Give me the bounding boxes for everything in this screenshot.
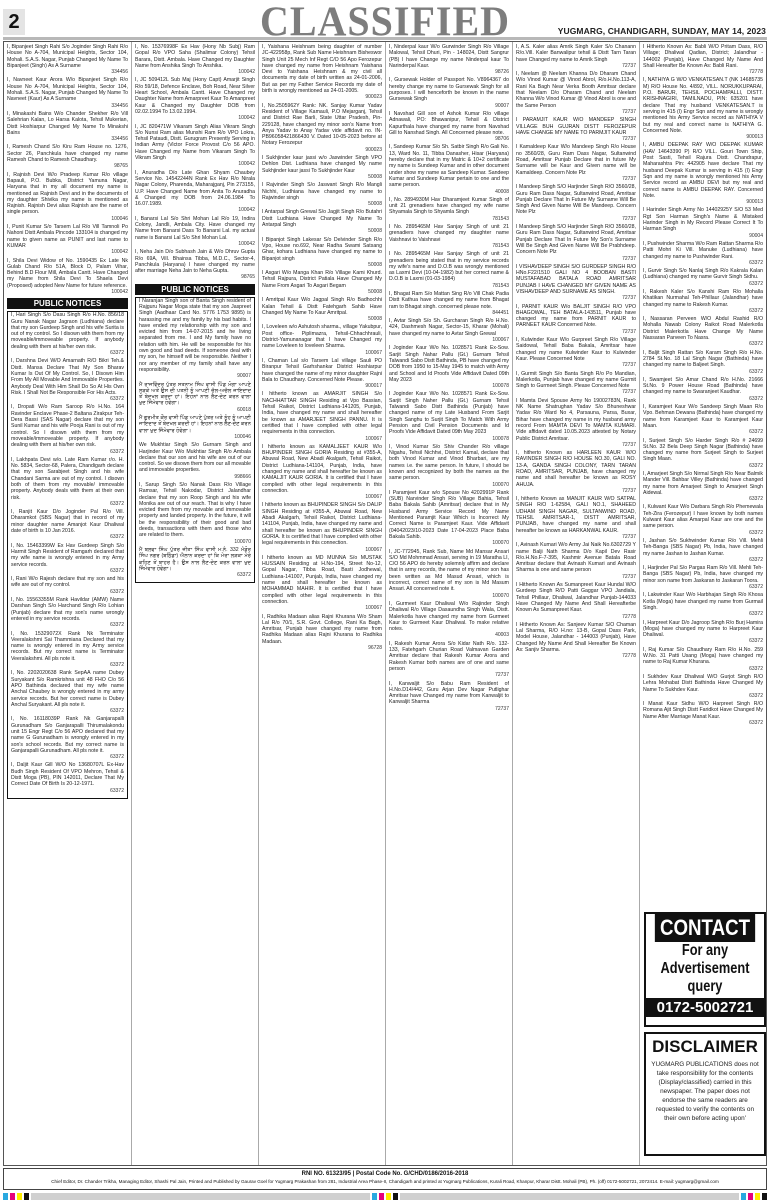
ad-code: 90004 xyxy=(643,233,763,239)
classified-ad: I, PARNIT KAUR W/o BALJIT SINGH R/O VPO … xyxy=(516,304,636,335)
classified-ad: I, hitherto Known as MANJIT KAUR W/O SAT… xyxy=(516,496,636,540)
classified-ad: I Rajvinder Singh S/o Jaswant Singh R/o … xyxy=(262,182,382,207)
classified-ad: I, Rakesh Kaler S/o Kanshi Ram R/o Mohal… xyxy=(643,289,763,314)
ad-text: I, Baljit Singh Rattan S/o Karam Singh R… xyxy=(643,350,763,369)
ad-code: 72737 xyxy=(516,216,636,222)
ad-code: 100067 xyxy=(389,337,509,343)
classified-ad: I, Chaman Lal s/o Tarsem Lal village Sau… xyxy=(262,358,382,389)
classified-ad: I Naranjan Singh son of Banta Singh resi… xyxy=(139,298,251,380)
classified-ad: I, Gurmeet Kaur Dhaliwal W/o Rajinder Si… xyxy=(389,601,509,639)
ad-code: 63372 xyxy=(11,396,124,402)
classified-ad: I Sukhdev Kaur Dhaliwal W/O Gurjot Singh… xyxy=(643,674,763,699)
classified-ad: I Amritpal Kaur W/o Jagpal Singh R/o Bad… xyxy=(262,297,382,322)
black-swatch xyxy=(24,1193,29,1200)
classified-ad: I, Raj Kumar S/o Chaudhary Ram R/o H.No.… xyxy=(643,647,763,672)
ad-text: I, No. 16118039P Rank Nk Ganjarapalli Gu… xyxy=(11,716,124,753)
ad-text: I, Raj Kumar S/o Chaudhary Ram R/o H.No.… xyxy=(643,647,763,666)
ad-code: 100046 xyxy=(139,434,251,440)
classified-ad: I, Kulwinder Kaur W/o Gurpreet Singh R/o… xyxy=(516,337,636,368)
ad-code: 100042 xyxy=(135,161,255,167)
ad-text: I, Punit Kumar S/o Tarsem Lal R/o Vill T… xyxy=(7,224,128,249)
classified-ad: I, Baljit Singh Rattan S/o Karam Singh R… xyxy=(643,350,763,375)
classified-ad: I, JC 820471W Vikaram Singh Alias Vikram… xyxy=(135,124,255,168)
ad-text: I No. 2895465M Hav Sanjay Singh of unit … xyxy=(389,251,509,282)
ad-code: 100070 xyxy=(389,593,509,599)
classified-ad: I, Shila Devi Widow of No. 1590435 Ex La… xyxy=(7,258,128,296)
ad-code: 72737 xyxy=(516,574,636,580)
classified-ad: I Sukhjinder kaur jassi w/o Jaswinder Si… xyxy=(262,155,382,180)
ad-text: I, Chaman Lal s/o Tarsem Lal village Sau… xyxy=(262,358,382,383)
ad-code: 100067 xyxy=(262,436,382,442)
classified-ad: I, No. 15563355M Rank Havildar (AMW) Nam… xyxy=(11,597,124,628)
ad-text: I Antarpal Singh Grewal S/o Jagjit Singh… xyxy=(262,209,382,228)
public-notices-box: I, Hari Singh S/o Dasu Singh R/o H.No. 8… xyxy=(7,311,128,799)
ad-text: I, NATHIYA G W/O VENKATESAN.T (NK 146857… xyxy=(643,77,763,133)
ad-text: I Sukhdev Kaur Dhaliwal W/O Gurjot Singh… xyxy=(643,674,763,693)
ad-text: I, A.S. Kaler alias Amrik Singh Kaler S/… xyxy=(516,44,636,63)
ad-text: I, Gurmeet Kaur Dhaliwal W/o Rajinder Si… xyxy=(389,601,509,632)
ad-code: 100067 xyxy=(262,494,382,500)
ad-code: 63372 xyxy=(11,350,124,356)
classified-ad: I, Avtar Singh S/o Sh. Gurcharan Singh R… xyxy=(389,318,509,343)
classified-ad: I Mandeep Singh S/O Harjinder Singh R/O … xyxy=(516,224,636,262)
ad-code: 900023 xyxy=(262,147,382,153)
classified-ad: I, Gurmit Singh S/o Banta Singh R/o Po M… xyxy=(516,371,636,396)
classified-ad: I Kamaldeep Kaur W/o Mandeep Singh R/o H… xyxy=(516,144,636,182)
classified-ad: I Manat Kaur Sidhu W/O Harpreet Singh R/… xyxy=(643,701,763,726)
ad-text: I, Darshna Devi W/O Amarnath R/O Bikri T… xyxy=(11,358,124,395)
ad-code: 90007 xyxy=(139,373,251,379)
classified-ad: I, Vinod Kumar S/o Shiv Chander R/o vill… xyxy=(389,444,509,488)
ad-code: 63372 xyxy=(643,260,763,266)
classified-ad: ਮੈਂ ਬਲਵਾ ਸਿੰਘ ਪੁੱਤਰ ਜੀਤਾ ਸਿੰਘ ਵਾਸੀ ਮ.ਨੰ.… xyxy=(139,547,251,578)
ad-text: I, Ramesh Chand S/o Kiru Ram House no. 1… xyxy=(7,144,128,163)
ad-code: 63372 xyxy=(643,429,763,435)
ad-text: I hitherto known as AMARJIT SINGH S/o NA… xyxy=(262,391,382,435)
ad-code: 100070 xyxy=(139,539,251,545)
classified-ad: I, Sandeep Kumar S/o Sh. Satbir Singh R/… xyxy=(389,144,509,194)
classified-ad: We Mukhtiar Singh S/o Gurnam Singh and H… xyxy=(139,442,251,480)
yellow-swatch xyxy=(17,1193,22,1200)
ad-code: 50008 xyxy=(262,316,382,322)
ad-code: 63372 xyxy=(11,754,124,760)
classified-ad: I, Sarup Singh S/o Nanak Dass R/o Villag… xyxy=(139,482,251,545)
ad-text: I hitherto known as MD MUNNA S/o MUSTAK … xyxy=(262,555,382,605)
column-3: I, Yaishana Heishnam being daughter of n… xyxy=(258,42,385,1165)
ad-text: I, Kanwaljit S/o Babu Ram Resident of H.… xyxy=(389,681,509,706)
column-5: I, A.S. Kaler alias Amrik Singh Kaler S/… xyxy=(512,42,639,1165)
ad-code: 50008 xyxy=(262,201,382,207)
ad-text: ਮੈਂ ਬਲਵਾ ਸਿੰਘ ਪੁੱਤਰ ਜੀਤਾ ਸਿੰਘ ਵਾਸੀ ਮ.ਨੰ.… xyxy=(139,547,251,572)
ad-text: I Harinder Singh Army No 14402925Y S/O 5… xyxy=(643,207,763,232)
classified-ad: I, JC-772945, Rank Sub, Name Md Mansar A… xyxy=(389,549,509,599)
classified-ad: I, Lakwinder Kaur W/o Harbhajan Singh R/… xyxy=(643,592,763,617)
ad-text: ਮੈਂ ਗੁਰਮੀਤ ਕੌਰ ਵਾਸੀ ਪਿੰਡ ਆਪਣੇ ਪੁੱਤਰ ਅਤੇ … xyxy=(139,415,251,434)
ad-code: 100067 xyxy=(262,547,382,553)
ad-code: 50008 xyxy=(262,262,382,268)
ad-code: 63372 xyxy=(11,534,124,540)
ad-code: 63372 xyxy=(643,530,763,536)
public-notices-box: I Naranjan Singh son of Banta Singh resi… xyxy=(135,297,255,584)
contact-heading: CONTACT xyxy=(655,914,755,942)
contact-phone: 0172-5002721 xyxy=(646,998,764,1017)
ad-text: I Joginder Kaur W/o No. 1028571 Rank Ex-… xyxy=(389,345,509,382)
registration-colorbar xyxy=(3,1193,767,1200)
classified-ad: I, Yaishana Heishnam being daughter of n… xyxy=(262,44,382,101)
yellow-swatch xyxy=(386,1193,391,1200)
classified-ad: I, Avinash Kumari W/o Army Jai Naik No.6… xyxy=(516,542,636,580)
ad-code: 72737 xyxy=(516,329,636,335)
ad-text: I, Minakashi Bains W/o Chander Shekher R… xyxy=(7,111,128,136)
ad-text: I, Hari Singh S/o Dasu Singh R/o H.No. 8… xyxy=(11,312,124,349)
cyan-swatch xyxy=(3,1193,8,1200)
ad-text: I, No. 15376998F Ex Hav (Hony Nb Subj) R… xyxy=(135,44,255,69)
ad-code: 100042 xyxy=(135,241,255,247)
classified-ad: I VISHAVDEEP SINGH S/O GURDEEP SINGH R/O… xyxy=(516,264,636,302)
classified-ad: I, Amarjeet Singh S/o Nirmal Singh R/o N… xyxy=(643,471,763,502)
classified-ad: I Mamta Devi Spouse Army No 19002783N, R… xyxy=(516,398,636,448)
ad-text: I, Neelam @ Neelam Khanna D/o Dharam Cha… xyxy=(516,71,636,108)
classified-ad: I, Rani W/o Rajesh declare that my son a… xyxy=(11,576,124,595)
classified-ad: I, No. 15463399W Ex Hav Gurdeep Singh S/… xyxy=(11,543,124,574)
classified-ad: I, No. 2202020638 Rank SepAA name Dubey … xyxy=(11,670,124,714)
classified-ad: I, Rakesh Kumar Arora S/o Kidar Nath R/o… xyxy=(389,641,509,679)
public-notices-heading: PUBLIC NOTICES xyxy=(135,284,255,295)
ad-code: 63372 xyxy=(643,557,763,563)
ad-text: I Navshad Gill son of Ashok Kumar R/o vi… xyxy=(389,111,509,136)
classified-ad: I, Nassaran Perveen W/O Abdul Rashid R/O… xyxy=(643,316,763,347)
ad-text: I PARAMJIT KAUR W/O MANDEEP SINGH VILLAG… xyxy=(516,117,636,136)
column-4: I, Ninderpal kaur W/o Gurwinder Singh R/… xyxy=(385,42,512,1165)
cyan-swatch xyxy=(372,1193,377,1200)
classified-ad: I, Bipanjeet Singh Rahi S/o Joginder Sin… xyxy=(7,44,128,75)
ad-text: I, Amarjeet Singh S/o Nirmal Singh R/o N… xyxy=(643,471,763,496)
ad-code: 63372 xyxy=(11,622,124,628)
classified-ad: I, Ranjit Kaur D/o Joginder Pal R/o Vill… xyxy=(11,509,124,540)
classified-ad: I, Harjinder Pal S/o Pargas Ram R/o Vill… xyxy=(643,565,763,590)
ad-code: 72778 xyxy=(516,653,636,659)
ad-text: I hitherto known as BHUPINDER SINGH S/o … xyxy=(262,502,382,546)
ad-text: I, No. 15329072X Rank Nk Terminator Veer… xyxy=(11,631,124,662)
classified-ad: I, No. 2894930M Hav Dharamjeet Kumar Sin… xyxy=(389,197,509,222)
ad-text: I, No. 2894930M Hav Dharamjeet Kumar Sin… xyxy=(389,197,509,216)
ad-text: I, JC-772945, Rank Sub, Name Md Mansar A… xyxy=(389,549,509,593)
ad-code: 334456 xyxy=(7,136,128,142)
ad-code: 63372 xyxy=(643,584,763,590)
classified-ad: I Joginder Kaur W/o No. 1028571 Rank Ex-… xyxy=(389,345,509,389)
ad-code: 100042 xyxy=(7,249,128,255)
classified-ad: I, No. 15376998F Ex Hav (Hony Nb Subj) R… xyxy=(135,44,255,75)
ad-text: I, Swamjeet S/o Amar Chand R/o H.No. 216… xyxy=(643,377,763,396)
ad-text: I, Harpreet Kaur D/o Jagroop Singh R/o B… xyxy=(643,620,763,639)
ad-text: I, hitherto Known as HARLEEN KAUR W/O RA… xyxy=(516,450,636,487)
classified-ad: I, Neelam @ Neelam Khanna D/o Dharam Cha… xyxy=(516,71,636,115)
ad-text: I, AMBU DEEPAK RAY W/O DEEPAK KUMAR (HAV… xyxy=(643,142,763,198)
ad-text: I, No. 15463399W Ex Hav Gurdeep Singh S/… xyxy=(11,543,124,568)
ad-code: 63372 xyxy=(11,708,124,714)
ad-text: I, Rani W/o Rajesh declare that my son a… xyxy=(11,576,124,588)
ad-text: I Amritpal Kaur W/o Jagpal Singh R/o Bad… xyxy=(262,297,382,316)
ad-code: 63372 xyxy=(139,572,251,578)
ad-text: I Mandeep Singh S/O Harjinder Singh R/O … xyxy=(516,224,636,255)
ad-text: I, PARNIT KAUR W/o BALJIT SINGH R/O VPO … xyxy=(516,304,636,329)
ad-text: I Kamaldeep Kaur W/o Mandeep Singh R/o H… xyxy=(516,144,636,175)
ad-text: I, hitherto Known as MANJIT KAUR W/O SAT… xyxy=(516,496,636,533)
ad-text: I, Dropati W/o Ram Saroop R/o H.No. 164 … xyxy=(11,404,124,448)
ad-text: I, Bipanjeet Singh Rahi S/o Joginder Sin… xyxy=(7,44,128,69)
classified-ad: I, Gursewak Holder of Passport No. V8964… xyxy=(389,77,509,108)
ad-text: I No. 2895465M Hav Sanjay Singh of unit … xyxy=(389,224,509,243)
ad-text: I Bipanjot Singh Lakesar S/o Delvinder S… xyxy=(262,237,382,262)
ad-text: I, Pushwinder Sharma W/o Ram Rattan Shar… xyxy=(643,241,763,260)
dateline: YUGMARG, CHANDIGARH, SUNDAY, MAY 14, 202… xyxy=(558,26,766,36)
ad-text: I, Banarsi Lal S/o Shri Mohan Lal R/o 19… xyxy=(135,216,255,241)
public-notices-heading: PUBLIC NOTICES xyxy=(7,298,128,309)
classified-ad: I Bipanjot Singh Lakesar S/o Delvinder S… xyxy=(262,237,382,268)
classified-ad: I, Lakhpata Devi w/o. Late Ram Kumar r/o… xyxy=(11,457,124,507)
classified-ad: I Harinder Singh Army No 14402925Y S/O 5… xyxy=(643,207,763,238)
classified-ad: I, Surjeet Singh S/o Harder Singh R/o # … xyxy=(643,438,763,469)
ad-code: 63372 xyxy=(643,281,763,287)
ad-code: 100078 xyxy=(389,383,509,389)
footer: RNI NO. 61323/95 | Postal Code No. G/CHD… xyxy=(3,1168,767,1190)
ad-code: 781543 xyxy=(389,243,509,249)
classified-ad: I, hitherto Known as HARLEEN KAUR W/O RA… xyxy=(516,450,636,494)
ad-code: 63372 xyxy=(643,463,763,469)
ad-text: I, Shila Devi Widow of No. 1590435 Ex La… xyxy=(7,258,128,289)
ad-text: I, Harjinder Pal S/o Pargas Ram R/o Vill… xyxy=(643,565,763,584)
ad-code: 72737 xyxy=(516,176,636,182)
imprint-line: Chief Editor, Dr. Chander Trikha, Managi… xyxy=(4,1179,766,1184)
ad-code: 844451 xyxy=(389,310,509,316)
classified-ad: I, Minakashi Bains W/o Chander Shekher R… xyxy=(7,111,128,142)
ad-code: 100042 xyxy=(135,115,255,121)
classified-ad: I hitherto known as AMARJIT SINGH S/o NA… xyxy=(262,391,382,441)
ad-code: 100070 xyxy=(389,540,509,546)
ad-text: I, Daljit Kaur Gill W/O No 13680707L Ex-… xyxy=(11,762,124,787)
ad-code: 100078 xyxy=(389,436,509,442)
ad-text: I Mamta Devi Spouse Army No 19002783N, R… xyxy=(516,398,636,442)
classified-ad: I Hitherto Known As: Babli W/O Pritam Da… xyxy=(643,44,763,75)
ad-text: I, JC 820471W Vikaram Singh Alias Vikram… xyxy=(135,124,255,161)
ad-text: I, Avtar Singh S/o Sh. Gurcharan Singh R… xyxy=(389,318,509,337)
ad-code: 72737 xyxy=(516,136,636,142)
ad-code: 100042 xyxy=(135,207,255,213)
ad-code: 72737 xyxy=(516,295,636,301)
ad-text: I, Gursewak Holder of Passport No. V8964… xyxy=(389,77,509,102)
classified-ad: I, Dropati W/o Ram Saroop R/o H.No. 164 … xyxy=(11,404,124,454)
ad-text: I, No.2505962Y Rank: NK. Sanjay Kumar Ya… xyxy=(262,103,382,147)
classified-ad: I Antarpal Singh Grewal S/o Jagjit Singh… xyxy=(262,209,382,234)
classified-ad: I, No. 16118039P Rank Nk Ganjarapalli Gu… xyxy=(11,716,124,760)
ad-text: I Rajvinder Singh S/o Jaswant Singh R/o … xyxy=(262,182,382,201)
classified-ad: I, Darshna Devi W/O Amarnath R/O Bikri T… xyxy=(11,358,124,402)
column-2: I, No. 15376998F Ex Hav (Hony Nb Subj) R… xyxy=(131,42,258,1165)
ad-code: 63372 xyxy=(643,666,763,672)
classified-ad: I, Jashan S/o Sukhwinder Kumar R/o Vill.… xyxy=(643,538,763,563)
ad-code: 63372 xyxy=(11,449,124,455)
classified-ad: I, Gurvir Singh S/o Nanlaj Singh R/o Kak… xyxy=(643,268,763,287)
ad-text: I, Ninderpal kaur W/o Gurwinder Singh R/… xyxy=(389,44,509,69)
ad-code: 98765 xyxy=(135,274,255,280)
classified-ad: I Hitherto Known As Sumanpreet Kaur Hund… xyxy=(516,582,636,620)
classified-ad: I No. 2895465M Hav Sanjay Singh of unit … xyxy=(389,224,509,249)
ad-code: 40003 xyxy=(389,632,509,638)
ad-code: 72737 xyxy=(516,488,636,494)
ad-code: 96728 xyxy=(262,645,382,651)
ad-text: I, Kulwant Kaur W/o Darbara Singh R/o Ph… xyxy=(643,504,763,529)
ad-code: 100070 xyxy=(389,482,509,488)
ad-text: We Mukhtiar Singh S/o Gurnam Singh and H… xyxy=(139,442,251,473)
ad-text: I, Lakwinder Kaur W/o Harbhajan Singh R/… xyxy=(643,592,763,611)
ad-code: 100042 xyxy=(135,69,255,75)
ad-code: 63372 xyxy=(643,638,763,644)
ad-code: 50008 xyxy=(262,228,382,234)
ad-code: 90007 xyxy=(389,103,509,109)
ad-text: I, No. 15563355M Rank Havildar (AMW) Nam… xyxy=(11,597,124,622)
ad-code: 63372 xyxy=(11,568,124,574)
ad-code: 72737 xyxy=(516,389,636,395)
ad-code: 900013 xyxy=(643,199,763,205)
ad-code: 781543 xyxy=(389,216,509,222)
ad-code: 900023 xyxy=(262,94,382,100)
ad-code: 63372 xyxy=(643,611,763,617)
classified-ad: I Asgari W/o Manga Khan R/o Village Kami… xyxy=(262,270,382,295)
classified-ad: I, Banarsi Lal S/o Shri Mohan Lal R/o 19… xyxy=(135,216,255,247)
black-swatch xyxy=(393,1193,398,1200)
classified-ad: I Joginder Kaur W/o No. 1028571 Rank Ex-… xyxy=(389,391,509,441)
ad-text: I, Yaishana Heishnam being daughter of n… xyxy=(262,44,382,94)
ad-code: 98726 xyxy=(389,69,509,75)
ad-code: 63372 xyxy=(11,662,124,668)
ad-code: 72737 xyxy=(516,534,636,540)
classified-ad: I, Ramesh Chand S/o Kiru Ram House no. 1… xyxy=(7,144,128,169)
ad-code: 98765 xyxy=(7,163,128,169)
classified-ad: I, No. 15329072X Rank Nk Terminator Veer… xyxy=(11,631,124,669)
ad-code: 72737 xyxy=(516,256,636,262)
ad-code: 72737 xyxy=(389,672,509,678)
ad-code: 334456 xyxy=(7,69,128,75)
ad-code: 100067 xyxy=(262,350,382,356)
classified-ad: I, A.S. Kaler alias Amrik Singh Kaler S/… xyxy=(516,44,636,69)
ad-code: 72737 xyxy=(516,442,636,448)
gray-strip xyxy=(400,1193,739,1200)
ad-text: I, Gurvir Singh S/o Nanlaj Singh R/o Kak… xyxy=(643,268,763,280)
contact-line-2: Advertisement xyxy=(658,960,752,978)
ad-code: 72737 xyxy=(516,109,636,115)
ad-code: 63372 xyxy=(643,496,763,502)
column-1: I, Bipanjeet Singh Rahi S/o Joginder Sin… xyxy=(4,42,131,1165)
ad-text: I, Navneet Kaur Arora W/o Bipanjeet Sing… xyxy=(7,77,128,102)
ad-text: I, Nassaran Perveen W/O Abdul Rashid R/O… xyxy=(643,316,763,341)
masthead: 2 CLASSIFIED YUGMARG, CHANDIGARH, SUNDAY… xyxy=(0,0,770,38)
ad-code: 334456 xyxy=(7,103,128,109)
classified-ad: I, Anuradha D/o Late Ghan Shyam Chaubey … xyxy=(135,170,255,214)
ad-text: I Hitherto Known As Sumanpreet Kaur Hund… xyxy=(516,582,636,613)
magenta-swatch xyxy=(379,1193,384,1200)
classified-ad: I hitherto known as KAMALJEET KAUR W/o B… xyxy=(262,444,382,501)
classified-ad: I, Rajnish Devi W/o Pradeep Kumar R/o vi… xyxy=(7,172,128,222)
cyan-swatch xyxy=(741,1193,746,1200)
contact-box: CONTACT For any Advertisement query 0172… xyxy=(644,912,766,1027)
classified-ad: I hitherto known as MD MUNNA S/o MUSTAK … xyxy=(262,555,382,612)
ad-code: 63372 xyxy=(643,693,763,699)
ad-text: I Mandeep Singh S/O Harjinder Singh R/O … xyxy=(516,184,636,215)
classified-ad: I, Hari Singh S/o Dasu Singh R/o H.No. 8… xyxy=(11,312,124,356)
contact-line-1: For any xyxy=(658,942,752,960)
ad-text: I, Radhika Madaan alias Rajni Khurana W/… xyxy=(262,614,382,645)
magenta-swatch xyxy=(748,1193,753,1200)
classified-ad: I, Loveleen w/o Ashutosh sharma., villag… xyxy=(262,324,382,355)
ad-text: I, Rakesh Kaler S/o Kanshi Ram R/o Mohal… xyxy=(643,289,763,308)
ad-code: 40008 xyxy=(389,189,509,195)
ad-code: 72737 xyxy=(516,362,636,368)
ad-text: I hitherto known as KAMALJEET KAUR W/o B… xyxy=(262,444,382,494)
ad-text: I, Loveleen w/o Ashutosh sharma., villag… xyxy=(262,324,382,349)
ad-code: 63372 xyxy=(11,589,124,595)
ad-text: I, Vinod Kumar S/o Shiv Chander R/o vill… xyxy=(389,444,509,481)
classified-ad: I, Harpreet Kaur D/o Jagroop Singh R/o B… xyxy=(643,620,763,645)
ad-text: I, JC 509412L Sub Maj (Hony Capt) Amarji… xyxy=(135,77,255,114)
ad-code: 100042 xyxy=(7,289,128,295)
classified-ad: I, Karamjeet Kaur W/o Sandeep Singh Maan… xyxy=(643,404,763,435)
contact-line-3: query xyxy=(658,978,752,996)
classified-ad: ਮੈਂ ਰਾਜਵਿੰਦਰ ਪੁੱਤਰ ਸਤਨਾਮ ਸਿੰਘ ਵਾਸੀ ਪਿੰਡ … xyxy=(139,382,251,413)
ad-code: 998666 xyxy=(139,474,251,480)
magenta-swatch xyxy=(10,1193,15,1200)
ad-text: I Paramjeet Kaur w/o Spouse No 4202991P … xyxy=(389,490,509,540)
disclaimer-heading: DISCLAIMER xyxy=(650,1037,760,1057)
ad-code: 63372 xyxy=(643,341,763,347)
ad-text: I Naranjan Singh son of Banta Singh resi… xyxy=(139,298,251,373)
rni-line: RNI NO. 61323/95 | Postal Code No. G/CHD… xyxy=(4,1171,766,1177)
ad-text: I, No. 2202020638 Rank SepAA name Dubey … xyxy=(11,670,124,707)
classified-ad: I Hitherto Known As: Sanjeev Kumar S/O C… xyxy=(516,622,636,660)
ad-text: I, Avinash Kumari W/o Army Jai Naik No.6… xyxy=(516,542,636,573)
ad-code: 72778 xyxy=(516,614,636,620)
disclaimer-text: YUGMARG PUBLICATIONS does not take respo… xyxy=(650,1060,760,1123)
classified-ad: I Navshad Gill son of Ashok Kumar R/o vi… xyxy=(389,111,509,142)
ad-text: ਮੈਂ ਰਾਜਵਿੰਦਰ ਪੁੱਤਰ ਸਤਨਾਮ ਸਿੰਘ ਵਾਸੀ ਪਿੰਡ … xyxy=(139,382,251,407)
header-rule xyxy=(3,37,767,40)
ad-code: 72737 xyxy=(389,706,509,712)
yellow-swatch xyxy=(755,1193,760,1200)
ad-code: 781543 xyxy=(389,283,509,289)
ad-code: 63372 xyxy=(11,788,124,794)
ad-text: I, Karamjeet Kaur W/o Sandeep Singh Maan… xyxy=(643,404,763,429)
disclaimer-box: DISCLAIMER YUGMARG PUBLICATIONS does not… xyxy=(644,1032,766,1156)
ad-text: I, Gurmit Singh S/o Banta Singh R/o Po M… xyxy=(516,371,636,390)
ad-code: 63372 xyxy=(643,369,763,375)
classified-ad: I, Navneet Kaur Arora W/o Bipanjeet Sing… xyxy=(7,77,128,108)
ad-text: I, Bhagat Ram S/o Mattan Sing R/o Vill C… xyxy=(389,291,509,310)
ad-text: I Asgari W/o Manga Khan R/o Village Kami… xyxy=(262,270,382,289)
ad-code: 63372 xyxy=(643,720,763,726)
ad-text: I, Ranjit Kaur D/o Joginder Pal R/o Vill… xyxy=(11,509,124,534)
classified-ad: ਮੈਂ ਗੁਰਮੀਤ ਕੌਰ ਵਾਸੀ ਪਿੰਡ ਆਪਣੇ ਪੁੱਤਰ ਅਤੇ … xyxy=(139,415,251,440)
ad-text: I, Jashan S/o Sukhwinder Kumar R/o Vill.… xyxy=(643,538,763,557)
classified-ad: I, No.2505962Y Rank: NK. Sanjay Kumar Ya… xyxy=(262,103,382,153)
ad-text: I, Neha Jain D/o Subhash Jain & W/o Dhru… xyxy=(135,249,255,274)
ad-text: I, Sandeep Kumar S/o Sh. Satbir Singh R/… xyxy=(389,144,509,188)
ad-code: 98706 xyxy=(389,136,509,142)
ad-text: I, Anuradha D/o Late Ghan Shyam Chaubey … xyxy=(135,170,255,207)
classified-ad: I, Swamjeet S/o Amar Chand R/o H.No. 216… xyxy=(643,377,763,402)
ad-text: I, Rakesh Kumar Arora S/o Kidar Nath R/o… xyxy=(389,641,509,672)
ad-code: 63372 xyxy=(643,396,763,402)
ad-code: 63372 xyxy=(643,308,763,314)
ad-text: I, Sarup Singh S/o Nanak Dass R/o Villag… xyxy=(139,482,251,538)
